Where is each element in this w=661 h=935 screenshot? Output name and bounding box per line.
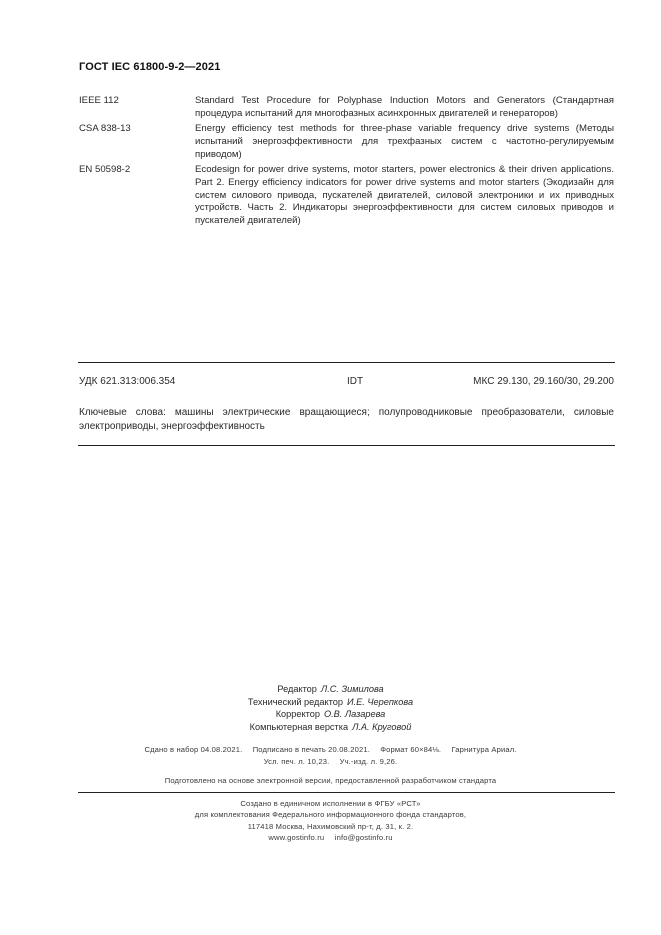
reference-code: IEEE 112 bbox=[79, 95, 195, 120]
footer-line: для комплектования Федерального информац… bbox=[0, 809, 661, 820]
signed-date: Подписано в печать 20.08.2021. bbox=[253, 745, 370, 754]
paper-format: Формат 60×84⅛. bbox=[380, 745, 441, 754]
publication-sheets: Уч.-изд. л. 9,26. bbox=[340, 757, 398, 766]
divider-top bbox=[78, 362, 615, 363]
typeface: Гарнитура Ариал. bbox=[451, 745, 516, 754]
publisher-footer: Создано в единичном исполнении в ФГБУ «Р… bbox=[0, 798, 661, 843]
credit-name: О.В. Лазарева bbox=[324, 709, 385, 719]
reference-item: IEEE 112 Standard Test Procedure for Pol… bbox=[79, 95, 614, 120]
credit-role: Редактор bbox=[277, 684, 317, 694]
email-link[interactable]: info@gostinfo.ru bbox=[335, 833, 393, 842]
divider-footer bbox=[78, 792, 615, 793]
reference-text: Standard Test Procedure for Polyphase In… bbox=[195, 95, 614, 120]
website-link[interactable]: www.gostinfo.ru bbox=[268, 833, 324, 842]
credits-block: РедакторЛ.С. Зимилова Технический редакт… bbox=[0, 683, 661, 733]
footer-address: 117418 Москва, Нахимовский пр-т, д. 31, … bbox=[0, 821, 661, 832]
reference-code: CSA 838-13 bbox=[79, 123, 195, 161]
reference-item: EN 50598-2 Ecodesign for power drive sys… bbox=[79, 164, 614, 227]
credit-layout: Компьютерная версткаЛ.А. Круговой bbox=[0, 721, 661, 734]
footer-line: Создано в единичном исполнении в ФГБУ «Р… bbox=[0, 798, 661, 809]
credit-name: Л.С. Зимилова bbox=[321, 684, 384, 694]
reference-code: EN 50598-2 bbox=[79, 164, 195, 227]
prepared-note: Подготовлено на основе электронной верси… bbox=[0, 776, 661, 785]
references-list: IEEE 112 Standard Test Procedure for Pol… bbox=[79, 95, 614, 231]
submitted-date: Сдано в набор 04.08.2021. bbox=[144, 745, 242, 754]
reference-text: Energy efficiency test methods for three… bbox=[195, 123, 614, 161]
mks-code: МКС 29.130, 29.160/30, 29.200 bbox=[473, 376, 614, 387]
divider-bottom bbox=[78, 445, 615, 446]
degree-of-correspondence: IDT bbox=[347, 376, 363, 387]
print-sheets: Усл. печ. л. 10,23. bbox=[264, 757, 330, 766]
reference-text: Ecodesign for power drive systems, motor… bbox=[195, 164, 614, 227]
print-info: Сдано в набор 04.08.2021. Подписано в пе… bbox=[0, 744, 661, 767]
credit-role: Компьютерная верстка bbox=[250, 722, 348, 732]
keywords: Ключевые слова: машины электрические вра… bbox=[79, 406, 614, 433]
credit-role: Корректор bbox=[276, 709, 320, 719]
credit-name: Л.А. Круговой bbox=[352, 722, 411, 732]
credit-role: Технический редактор bbox=[248, 697, 343, 707]
credit-name: И.Е. Черепкова bbox=[347, 697, 413, 707]
credit-proofreader: КорректорО.В. Лазарева bbox=[0, 708, 661, 721]
credit-tech-editor: Технический редакторИ.Е. Черепкова bbox=[0, 696, 661, 709]
document-title: ГОСТ IEC 61800-9-2—2021 bbox=[79, 61, 220, 73]
udk-code: УДК 621.313:006.354 bbox=[79, 376, 175, 387]
reference-item: CSA 838-13 Energy efficiency test method… bbox=[79, 123, 614, 161]
credit-editor: РедакторЛ.С. Зимилова bbox=[0, 683, 661, 696]
